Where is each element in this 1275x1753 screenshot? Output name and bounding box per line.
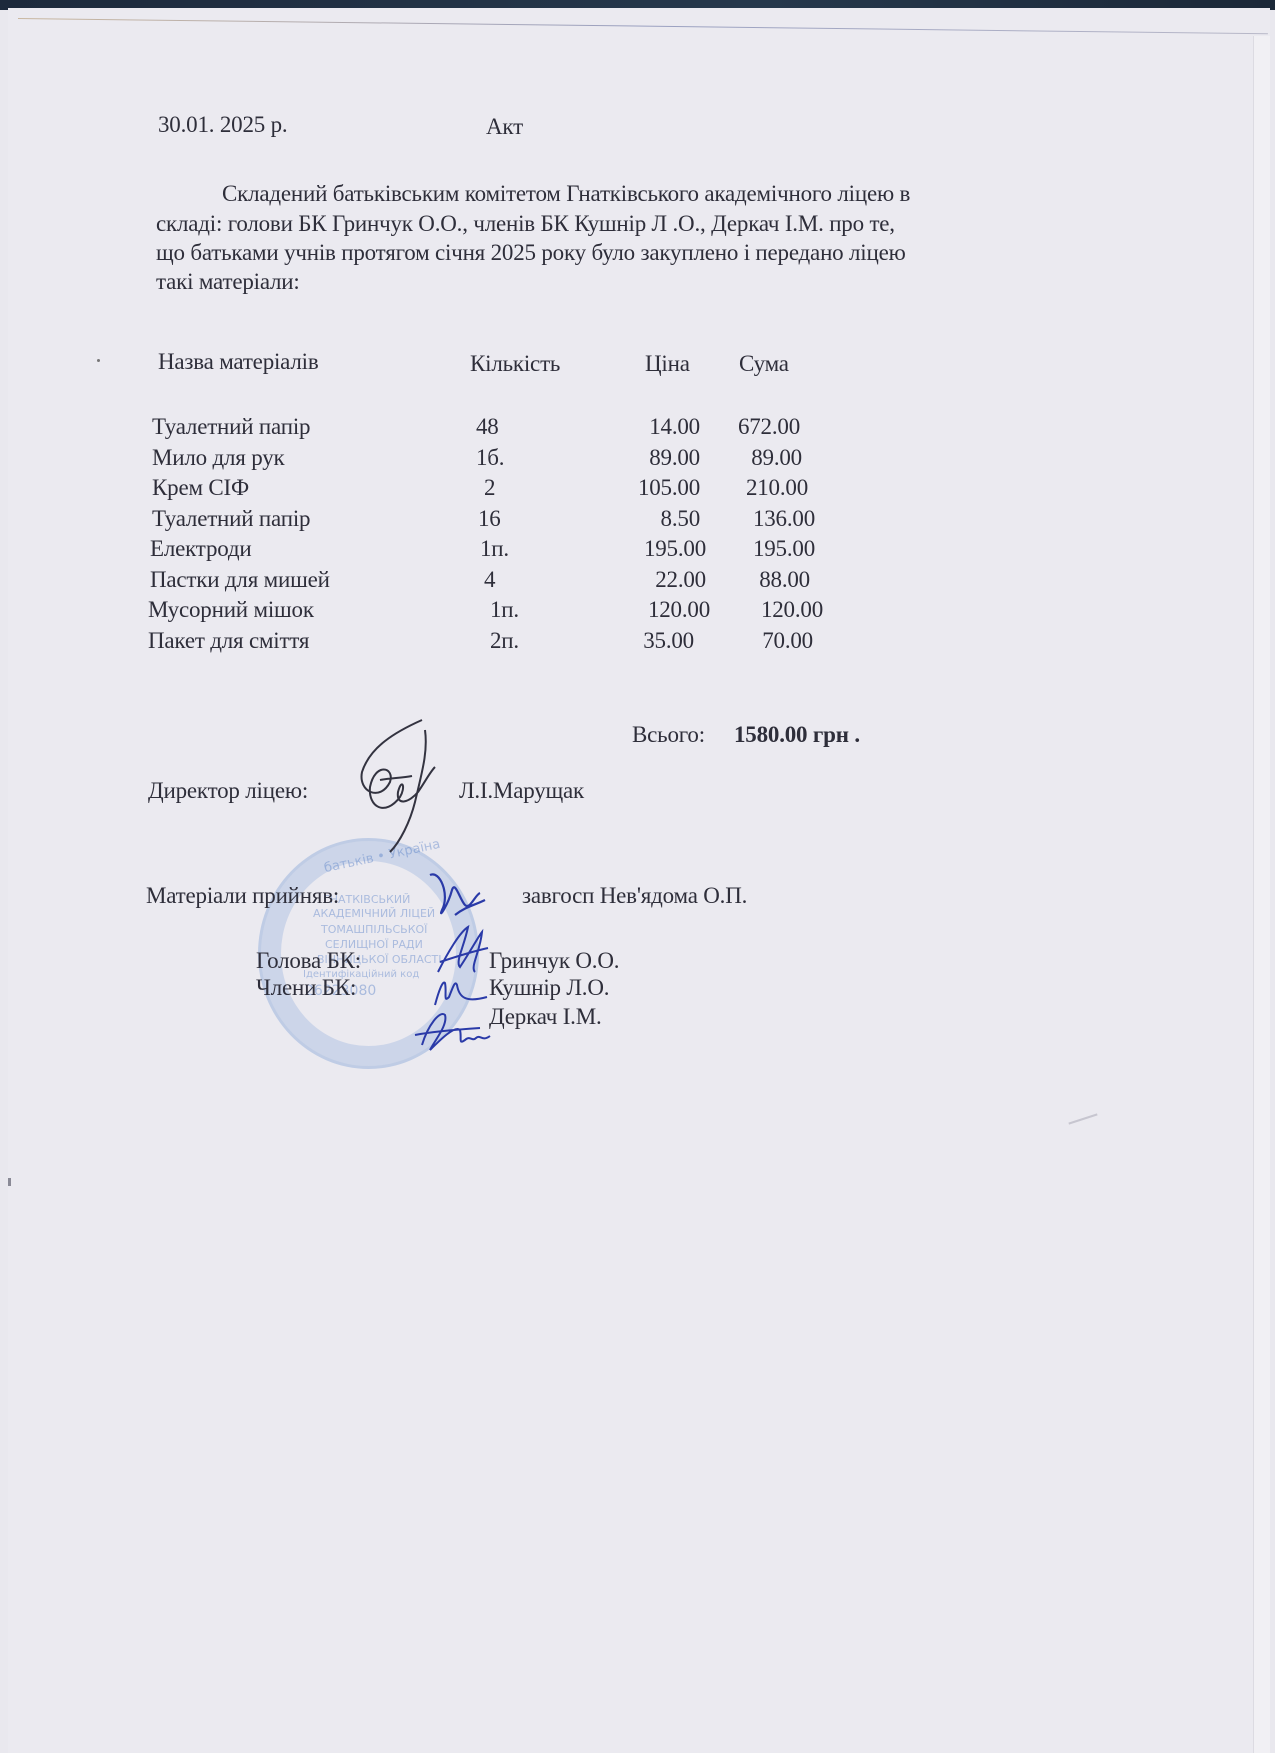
material-price: 22.00: [655, 567, 706, 593]
paper-margin-band: [1253, 36, 1270, 1753]
material-name: Туалетний папір: [152, 506, 310, 532]
head-label: Голова БК:: [256, 948, 361, 974]
head-name: Гринчук О.О.: [489, 948, 619, 974]
received-label: Матеріали прийняв:: [146, 883, 339, 909]
material-quantity: 1п.: [490, 597, 519, 623]
material-name: Пастки для мишей: [150, 567, 330, 593]
column-sum: Сума: [739, 351, 789, 377]
material-price: 89.00: [649, 445, 700, 471]
intro-line-4: такі матеріали:: [156, 269, 300, 295]
column-quantity: Кількість: [470, 351, 560, 377]
intro-line-1: Складений батьківським комітетом Гнатків…: [222, 181, 910, 207]
material-price: 35.00: [643, 628, 694, 654]
material-sum: 136.00: [753, 506, 815, 532]
director-signature: [340, 712, 480, 862]
total-label: Всього:: [632, 722, 705, 748]
material-name: Крем СІФ: [152, 475, 249, 501]
member1-name: Кушнір Л.О.: [489, 975, 609, 1001]
material-name: Мусорний мішок: [148, 597, 314, 623]
scan-speck: [97, 359, 100, 362]
document-date: 30.01. 2025 р.: [158, 112, 287, 138]
material-price: 120.00: [648, 597, 710, 623]
paper-edge: [18, 18, 1268, 34]
total-value: 1580.00 грн .: [734, 722, 860, 748]
material-name: Пакет для сміття: [148, 628, 309, 654]
members-label: Члени БК:: [256, 975, 356, 1001]
received-name: завгосп Нев'ядома О.П.: [522, 883, 747, 909]
material-name: Мило для рук: [152, 445, 284, 471]
director-label: Директор ліцею:: [148, 778, 308, 804]
material-sum: 70.00: [762, 628, 813, 654]
document-title: Акт: [486, 114, 523, 140]
receiver-signature: [420, 865, 490, 925]
material-price: 8.50: [661, 506, 700, 532]
member2-signature: [410, 1000, 500, 1060]
material-sum: 672.00: [738, 414, 800, 440]
material-sum: 195.00: [753, 536, 815, 562]
material-name: Електроди: [150, 536, 252, 562]
material-sum: 88.00: [759, 567, 810, 593]
material-quantity: 4: [484, 567, 495, 593]
material-sum: 89.00: [751, 445, 802, 471]
material-price: 105.00: [638, 475, 700, 501]
material-quantity: 48: [476, 414, 499, 440]
material-price: 14.00: [649, 414, 700, 440]
member2-name: Деркач І.М.: [489, 1004, 602, 1030]
material-sum: 120.00: [761, 597, 823, 623]
intro-line-3: що батьками учнів протягом січня 2025 ро…: [156, 240, 906, 266]
material-name: Туалетний папір: [152, 414, 310, 440]
intro-line-2: складі: голови БК Гринчук О.О., членів Б…: [156, 211, 895, 237]
material-quantity: 1п.: [480, 536, 509, 562]
material-quantity: 2: [484, 475, 495, 501]
material-quantity: 16: [478, 506, 501, 532]
scan-mark: [8, 1178, 11, 1186]
material-sum: 210.00: [746, 475, 808, 501]
material-quantity: 1б.: [476, 445, 504, 471]
column-price: Ціна: [645, 351, 690, 377]
stamp-line-3: ТОМАШПІЛЬСЬКОЇ: [321, 923, 427, 936]
column-name: Назва матеріалів: [158, 349, 319, 375]
material-quantity: 2п.: [490, 628, 519, 654]
material-price: 195.00: [644, 536, 706, 562]
head-signature: [430, 922, 495, 982]
